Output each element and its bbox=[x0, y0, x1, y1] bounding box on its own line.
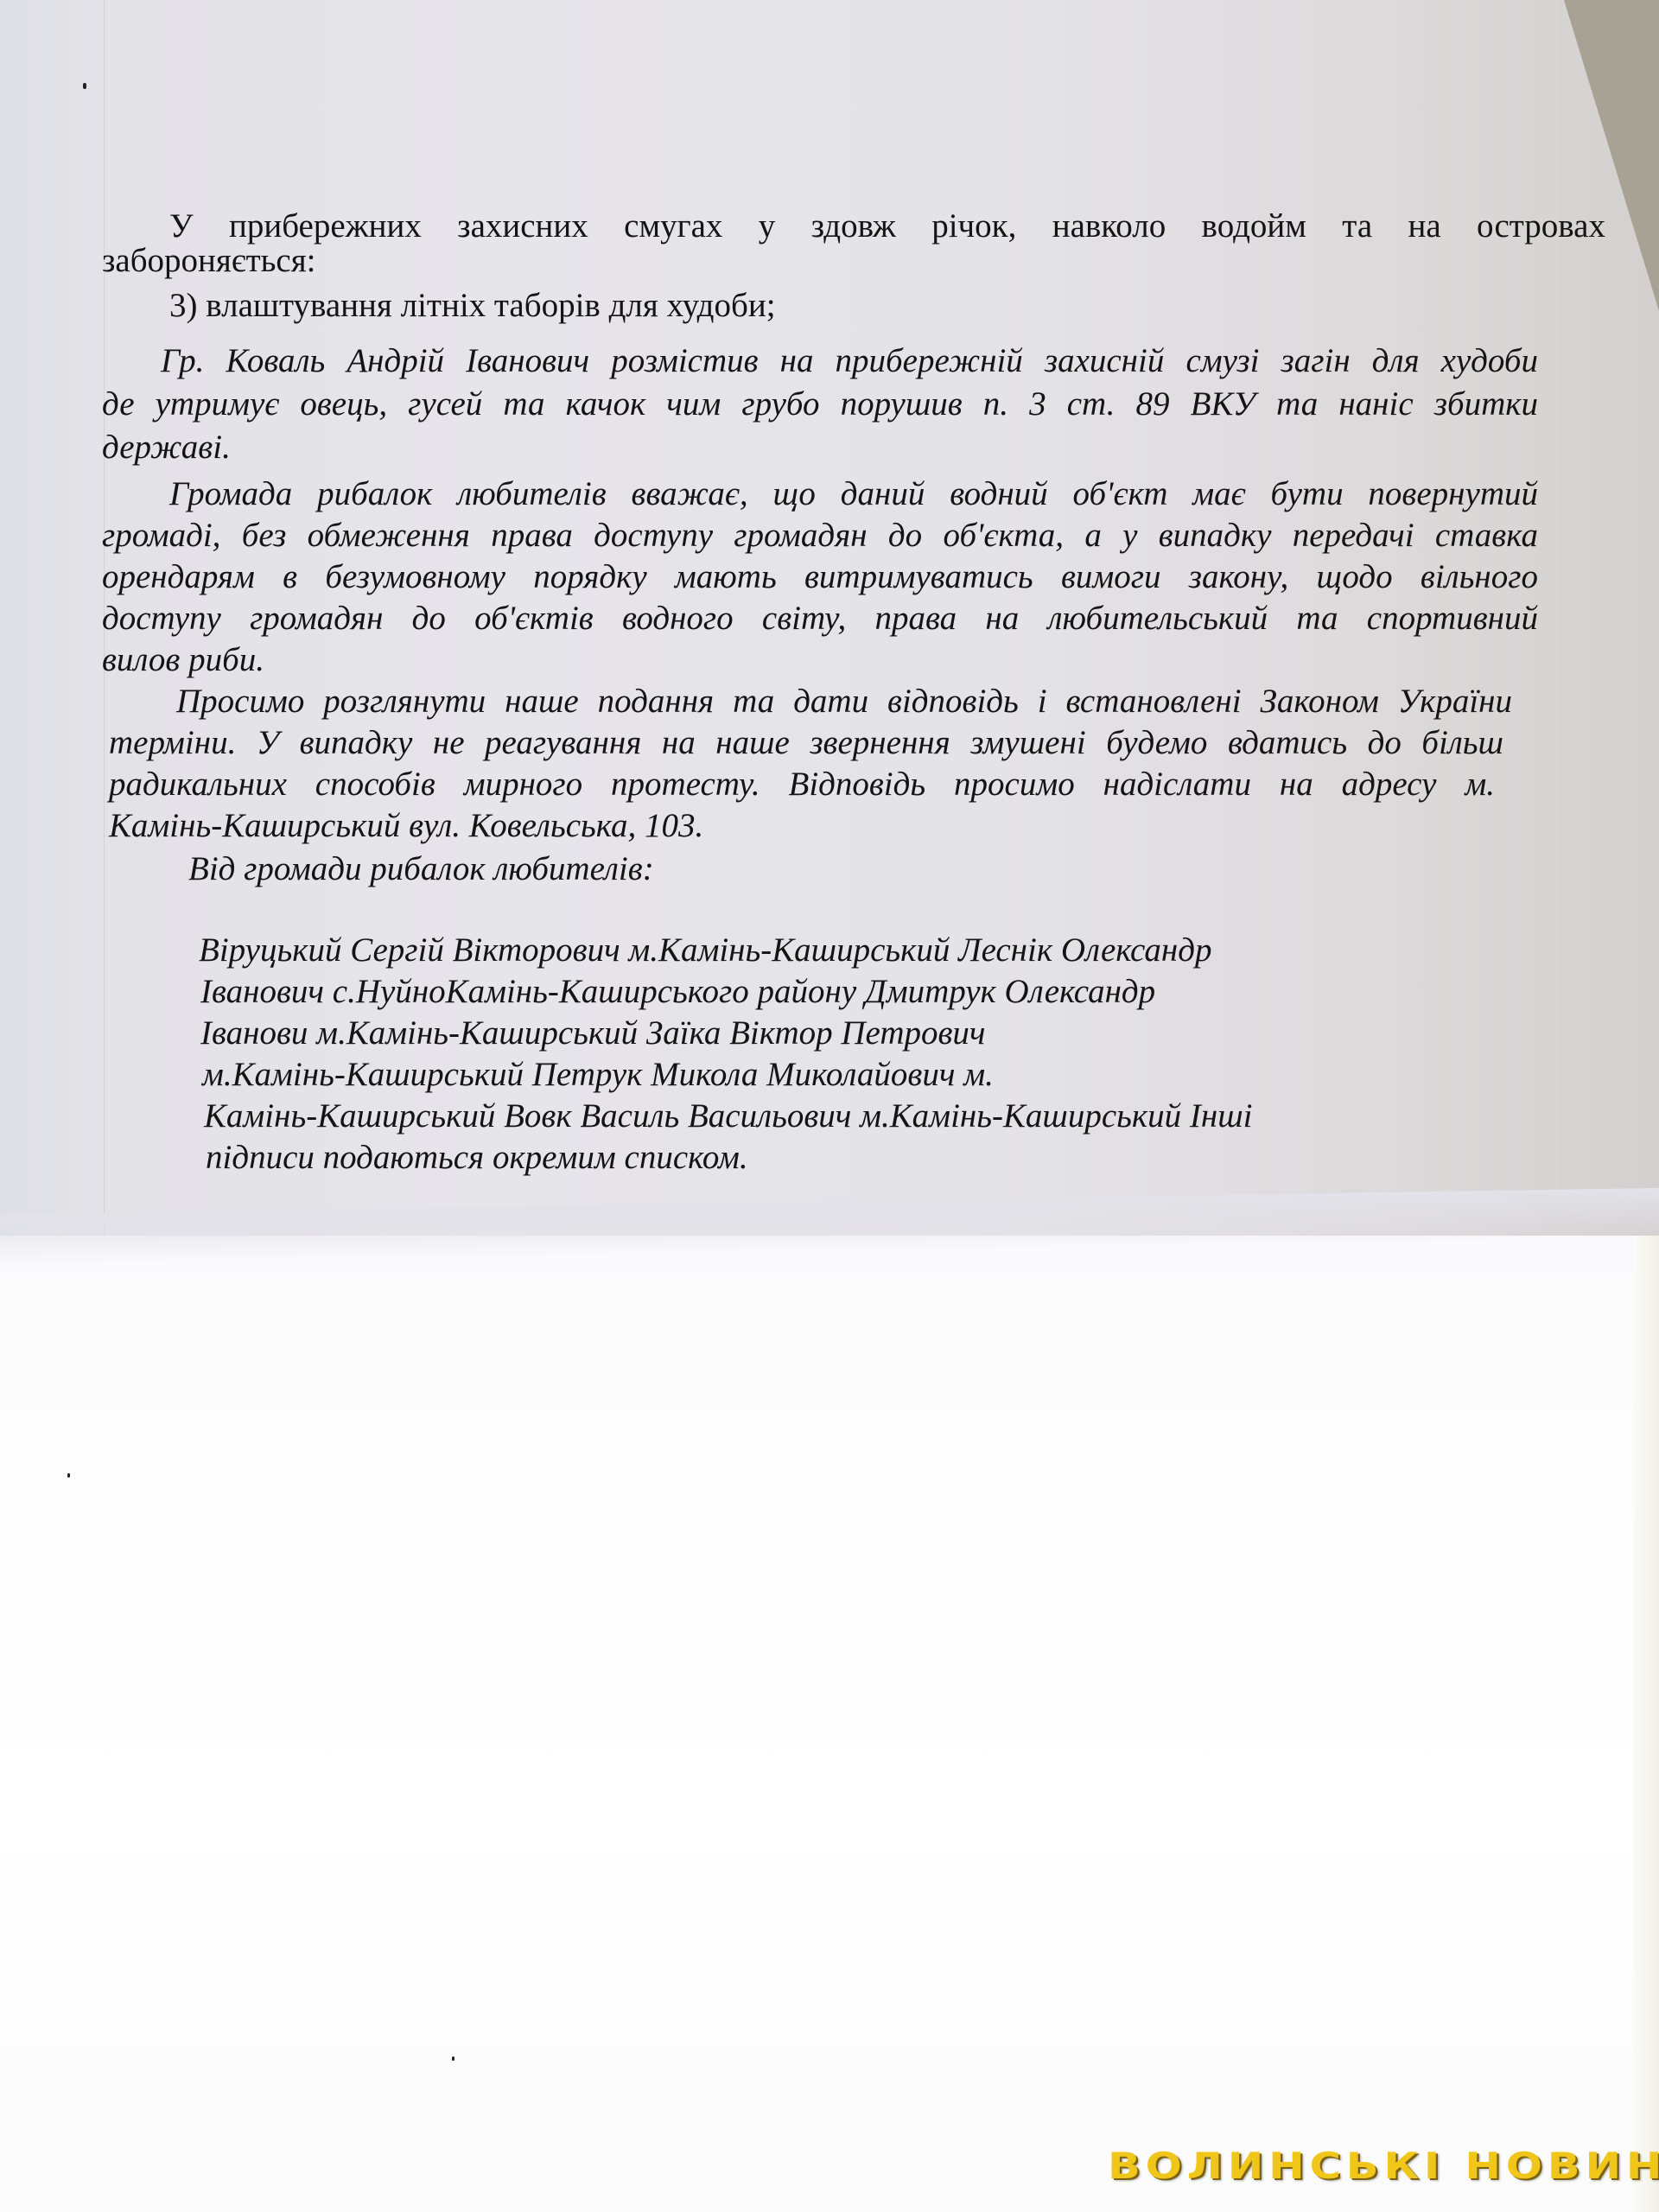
paper-fold-left bbox=[0, 0, 105, 1244]
violation-line-3: державі. bbox=[102, 427, 231, 468]
community-line-1: Громада рибалок любителів вважає, що дан… bbox=[169, 474, 1538, 515]
background-corner-wedge bbox=[1564, 0, 1659, 311]
signatory-line-2: Іванович с.НуйноКамінь-Каширського район… bbox=[200, 971, 1155, 1013]
community-line-2: громаді, без обмеження права доступу гро… bbox=[102, 515, 1538, 556]
list-item-3: 3) влаштування літніх таборів для худоби… bbox=[169, 285, 776, 327]
violation-line-1: Гр. Коваль Андрій Іванович розмістив на … bbox=[161, 340, 1538, 382]
signatory-line-5: Камінь-Каширський Вовк Василь Васильович… bbox=[204, 1096, 1253, 1137]
intro-line-1: У прибережних захисних смугах у здовж рі… bbox=[169, 206, 1605, 247]
ink-speck bbox=[452, 2056, 454, 2061]
community-line-5: вилов риби. bbox=[102, 639, 264, 681]
signatory-line-6: підписи подаються окремим списком. bbox=[206, 1137, 748, 1179]
watermark-logo: ВОЛИНСЬКІ НОВИНИ bbox=[1108, 2145, 1659, 2187]
request-line-2: терміни. У випадку не реагування на наше… bbox=[109, 722, 1503, 764]
request-line-4: Камінь-Каширський вул. Ковельська, 103. bbox=[109, 805, 703, 847]
ink-speck bbox=[67, 1473, 70, 1478]
intro-line-2: забороняється: bbox=[102, 240, 316, 282]
violation-line-2: де утримує овець, гусей та качок чим гру… bbox=[102, 384, 1538, 425]
signatory-line-1: Віруцький Сергій Вікторович м.Камінь-Каш… bbox=[199, 930, 1211, 971]
ink-speck bbox=[83, 83, 86, 89]
signatory-line-3: Іванови м.Камінь-Каширський Заїка Віктор… bbox=[200, 1013, 986, 1054]
signature-heading: Від громади рибалок любителів: bbox=[188, 849, 654, 890]
request-line-1: Просимо розглянути наше подання та дати … bbox=[176, 681, 1512, 722]
paper-lower-background bbox=[0, 1236, 1659, 2212]
community-line-3: орендарям в безумовному порядку мають ви… bbox=[102, 556, 1538, 598]
paper-right-edge bbox=[1633, 1236, 1659, 2212]
community-line-4: доступу громадян до об'єктів водного сві… bbox=[102, 598, 1538, 639]
signatory-line-4: м.Камінь-Каширський Петрук Микола Микола… bbox=[202, 1054, 994, 1096]
request-line-3: радикальних способів мирного протесту. В… bbox=[109, 764, 1495, 805]
